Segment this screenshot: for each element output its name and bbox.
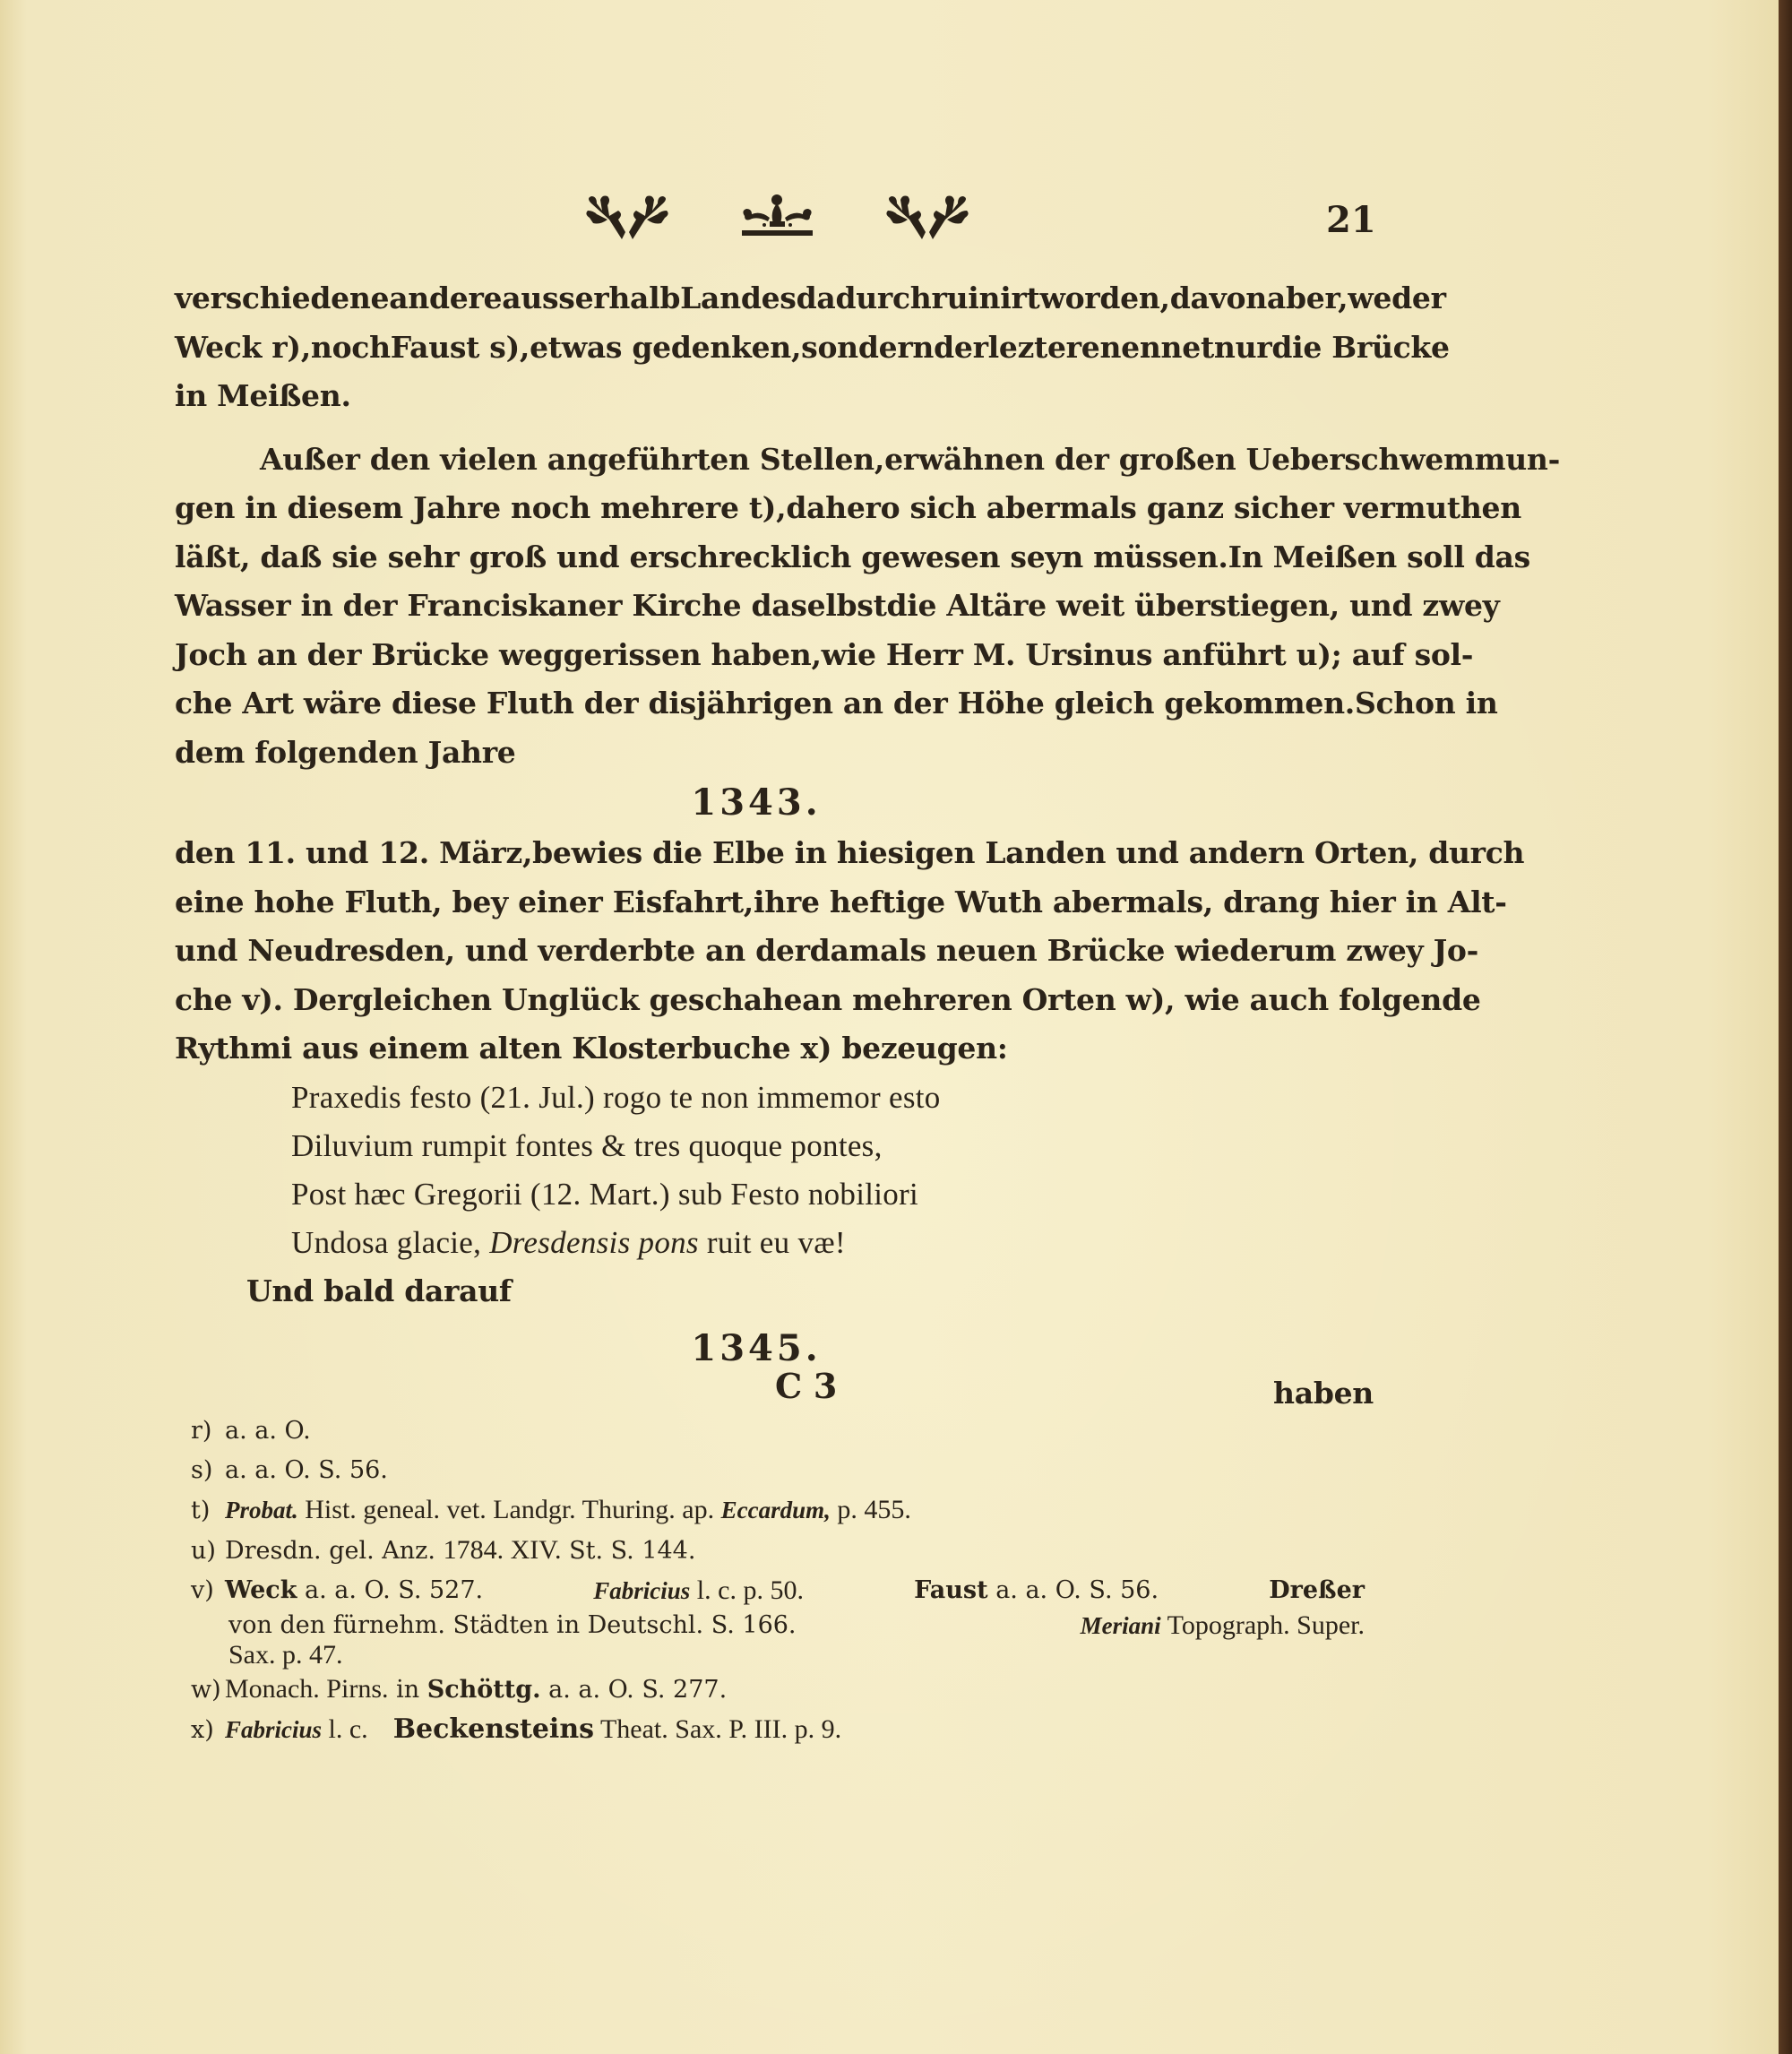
year-heading: 1343.	[175, 777, 1374, 829]
year-heading: 1345.	[175, 1323, 1374, 1375]
text-line: che v). Dergleichen Unglück geschahean m…	[175, 976, 1374, 1025]
footnotes: r)a. a. O. s)a. a. O. S. 56. t)Probat. H…	[191, 1411, 1365, 1750]
verse-line: Undosa glacie, Dresdensis pons ruit eu v…	[175, 1219, 1374, 1267]
text-line: Weck r),nochFaust s),etwas gedenken,sond…	[175, 324, 1374, 373]
text-line: Wasser in der Franciskaner Kirche daselb…	[175, 582, 1374, 631]
footnote-t: t)Probat. Hist. geneal. vet. Landgr. Thu…	[191, 1490, 1365, 1531]
text-line: Außer den vielen angeführten Stellen,erw…	[175, 436, 1374, 485]
body-text: verschiedeneandereausserhalbLandesdadurc…	[175, 274, 1374, 1414]
text-line: dem folgenden Jahre	[175, 729, 1374, 778]
text-line: läßt, daß sie sehr groß und erschrecklic…	[175, 533, 1374, 583]
footnote-r: r)a. a. O.	[191, 1411, 1365, 1451]
footnote-x: x)Fabricius l. c.Beckensteins Theat. Sax…	[191, 1710, 1365, 1750]
footnote-s: s)a. a. O. S. 56.	[191, 1451, 1365, 1490]
text-line: Und bald darauf	[175, 1267, 1374, 1316]
signature-mark: C 3	[775, 1362, 837, 1411]
verse-line: Praxedis festo (21. Jul.) rogo te non im…	[175, 1074, 1374, 1122]
text-line: den 11. und 12. März,bewies die Elbe in …	[175, 829, 1374, 878]
text-line: Rythmi aus einem alten Klosterbuche x) b…	[175, 1024, 1374, 1074]
text-line: in Meißen.	[175, 372, 1374, 421]
footnote-v: v)Weck a. a. O. S. 527. Fabricius l. c. …	[191, 1571, 1365, 1670]
text-line: gen in diesem Jahre noch mehrere t),dahe…	[175, 484, 1374, 533]
footnote-w: w)Monach. Pirns. in Schöttg. a. a. O. S.…	[191, 1670, 1365, 1710]
text-line: Joch an der Brücke weggerissen haben,wie…	[175, 631, 1374, 680]
text-line: eine hohe Fluth, bey einer Eisfahrt,ihre…	[175, 878, 1374, 928]
page-header	[0, 193, 1779, 246]
leaf-ornament-icon	[883, 193, 972, 242]
text-line: che Art wäre diese Fluth der disjährigen…	[175, 679, 1374, 729]
book-page: 21 verschiedeneandereausserhalbLandesdad…	[0, 0, 1779, 2054]
leaf-ornament-icon	[582, 193, 672, 242]
page-number: 21	[1326, 199, 1376, 241]
footnote-u: u)Dresdn. gel. Anz. 1784. XIV. St. S. 14…	[191, 1531, 1365, 1571]
book-spine-edge	[1779, 0, 1792, 2054]
text-line: verschiedeneandereausserhalbLandesdadurc…	[175, 274, 1374, 324]
text-line: und Neudresden, und verderbte an derdama…	[175, 927, 1374, 976]
signature-row: C 3 haben	[175, 1375, 1374, 1414]
verse-line: Post hæc Gregorii (12. Mart.) sub Festo …	[175, 1170, 1374, 1219]
verse-line: Diluvium rumpit fontes & tres quoque pon…	[175, 1122, 1374, 1170]
crown-fleuron-icon	[739, 193, 815, 242]
